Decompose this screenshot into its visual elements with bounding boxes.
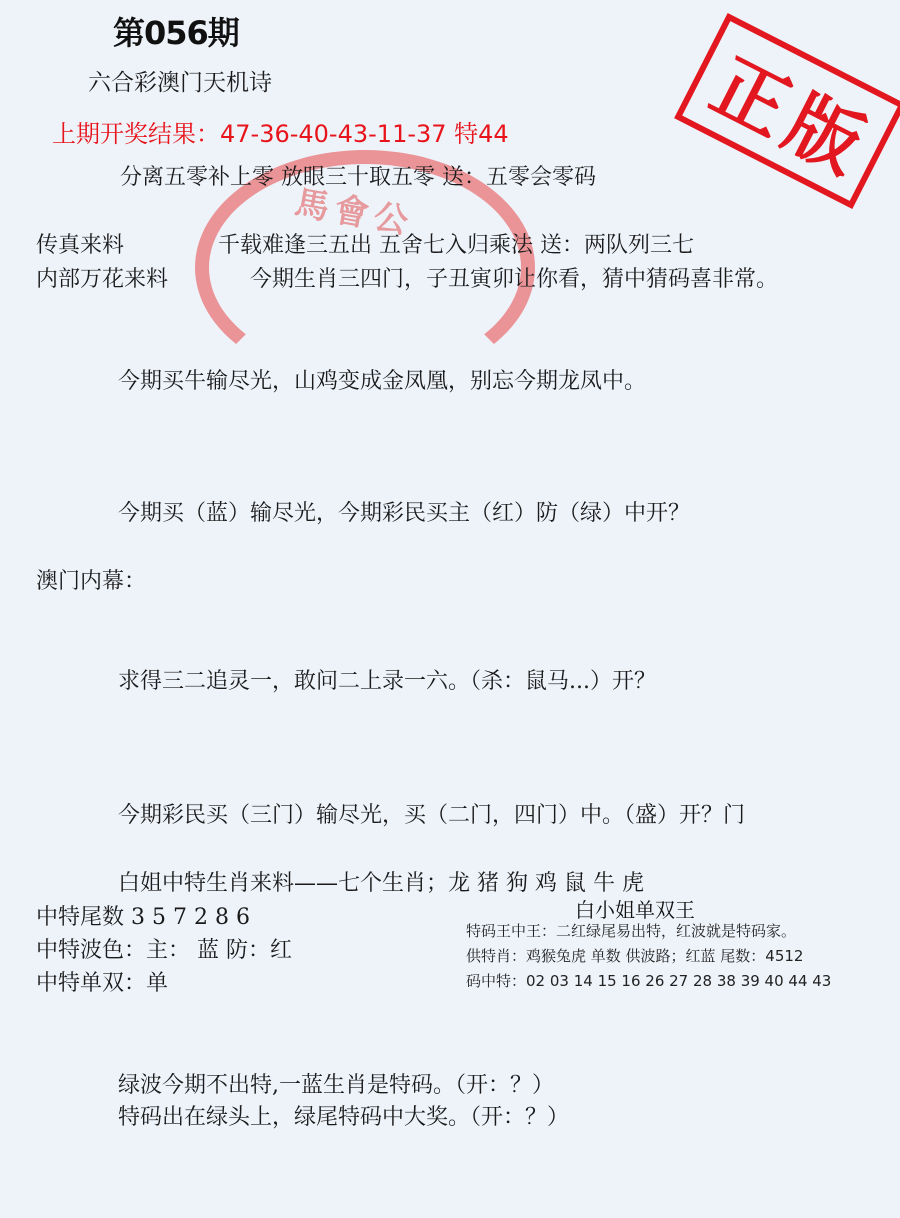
stat-odd-even: 中特单双：单: [36, 966, 168, 997]
stat-wave: 中特波色：主： 蓝 防：红: [36, 933, 292, 964]
panel-row: 码中特：02 03 14 15 16 26 27 28 38 39 40 44 …: [466, 970, 831, 991]
line-zodiac: 白姐中特生肖来料——七个生肖；龙 猪 狗 鸡 鼠 牛 虎: [118, 866, 644, 897]
macau-label: 澳门内幕：: [36, 564, 146, 595]
footer-line: 特码出在绿头上，绿尾特码中大奖。（开：？）: [118, 1100, 569, 1131]
line-ox: 今期买牛输尽光，山鸡变成金凤凰，别忘今期龙凤中。: [118, 364, 646, 395]
line-riddle: 求得三二追灵一，敢问二上录一六。（杀：鼠马...）开？: [118, 664, 656, 695]
poem-line: 分离五零补上零 放眼三十取五零 送：五零会零码: [120, 160, 596, 191]
stat-tail: 中特尾数 3 5 7 2 8 6: [36, 900, 250, 931]
panel-row: 特码王中王：二红绿尾易出特，红波就是特码家。: [466, 920, 796, 941]
source-text-fax: 千载难逢三五出 五舍七入归乘法 送：两队列三七: [218, 228, 694, 259]
panel-title: 白小姐单双王: [575, 894, 695, 923]
subtitle: 六合彩澳门天机诗: [88, 64, 272, 97]
source-label-internal: 内部万花来料: [36, 262, 168, 293]
last-draw-result: 上期开奖结果：47-36-40-43-11-37 特44: [52, 114, 509, 149]
source-text-internal: 今期生肖三四门，子丑寅卯让你看，猜中猜码喜非常。: [250, 262, 778, 293]
source-label-fax: 传真来料: [36, 228, 124, 259]
line-colors: 今期买（蓝）输尽光，今期彩民买主（红）防（绿）中开？: [118, 496, 690, 527]
panel-row: 供特肖：鸡猴兔虎 单数 供波路；红蓝 尾数：4512: [466, 945, 803, 966]
footer-line: 绿波今期不出特,一蓝生肖是特码。（开：？）: [118, 1068, 554, 1099]
line-doors: 今期彩民买（三门）输尽光，买（二门，四门）中。（盛）开？门: [118, 798, 745, 829]
genuine-stamp: 正 版: [674, 13, 900, 209]
issue-number: 第056期: [113, 8, 239, 54]
